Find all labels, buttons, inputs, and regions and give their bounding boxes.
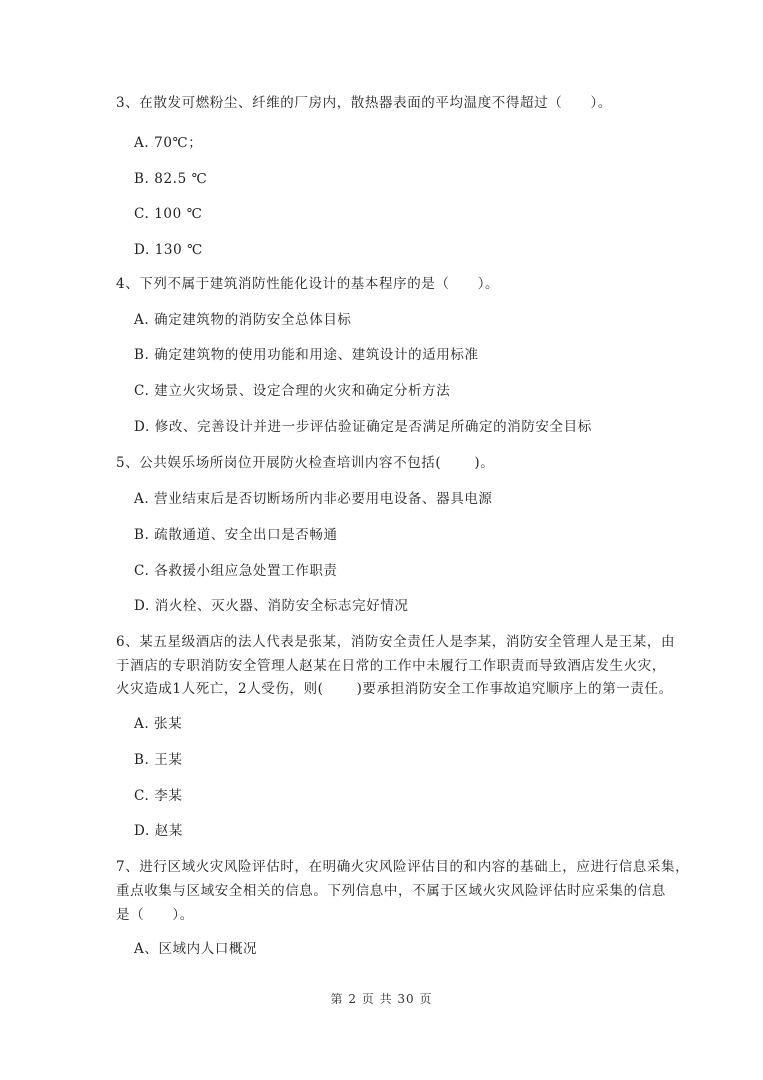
- question-3-option-a: A. 70℃；: [134, 134, 202, 152]
- question-5-option-a: A. 营业结束后是否切断场所内非必要用电设备、器具电源: [134, 490, 493, 508]
- question-4-option-b: B. 确定建筑物的使用功能和用途、建筑设计的适用标准: [134, 346, 479, 364]
- question-4-stem: 4、下列不属于建筑消防性能化设计的基本程序的是（ ）。: [116, 275, 499, 293]
- question-6-option-b: B. 王某: [134, 751, 183, 769]
- question-7-option-a: A、区域内人口概况: [134, 940, 257, 958]
- question-3-option-d: D. 130 ℃: [134, 241, 203, 259]
- question-6-stem-line-3: 火灾造成1人死亡，2人受伤，则( )要承担消防安全工作事故追究顺序上的第一责任。: [116, 680, 673, 698]
- question-5-stem: 5、公共娱乐场所岗位开展防火检查培训内容不包括( )。: [116, 454, 494, 472]
- question-3-option-b: B. 82.5 ℃: [134, 170, 207, 188]
- question-3-option-c: C. 100 ℃: [134, 205, 202, 223]
- question-6-stem-line-1: 6、某五星级酒店的法人代表是张某，消防安全责任人是李某，消防安全管理人是王某，由: [116, 633, 675, 651]
- document-page: 3、在散发可燃粉尘、纤维的厂房内，散热器表面的平均温度不得超过（ ）。 A. 7…: [0, 0, 763, 1080]
- question-7-stem-line-3: 是（ ）。: [116, 906, 194, 924]
- question-4-option-a: A. 确定建筑物的消防安全总体目标: [134, 311, 352, 329]
- question-3-stem: 3、在散发可燃粉尘、纤维的厂房内，散热器表面的平均温度不得超过（ ）。: [116, 94, 612, 112]
- question-4-option-c: C. 建立火灾场景、设定合理的火灾和确定分析方法: [134, 382, 450, 400]
- question-6-stem-line-2: 于酒店的专职消防安全管理人赵某在日常的工作中未履行工作职责而导致酒店发生火灾，: [116, 657, 666, 675]
- question-5-option-d: D. 消火栓、灭火器、消防安全标志完好情况: [134, 597, 409, 615]
- question-6-option-d: D. 赵某: [134, 822, 183, 840]
- question-7-stem-line-1: 7、进行区域火灾风险评估时，在明确火灾风险评估目的和内容的基础上，应进行信息采集…: [116, 858, 689, 876]
- question-6-option-c: C. 李某: [134, 787, 182, 805]
- question-4-option-d: D. 修改、完善设计并进一步评估验证确定是否满足所确定的消防安全目标: [134, 418, 592, 436]
- question-7-stem-line-2: 重点收集与区域安全相关的信息。下列信息中，不属于区域火灾风险评估时应采集的信息: [116, 882, 666, 900]
- question-5-option-b: B. 疏散通道、安全出口是否畅通: [134, 526, 338, 544]
- page-number-footer: 第 2 页 共 30 页: [0, 990, 763, 1007]
- question-5-option-c: C. 各救援小组应急处置工作职责: [134, 562, 338, 580]
- question-6-option-a: A. 张某: [134, 715, 182, 733]
